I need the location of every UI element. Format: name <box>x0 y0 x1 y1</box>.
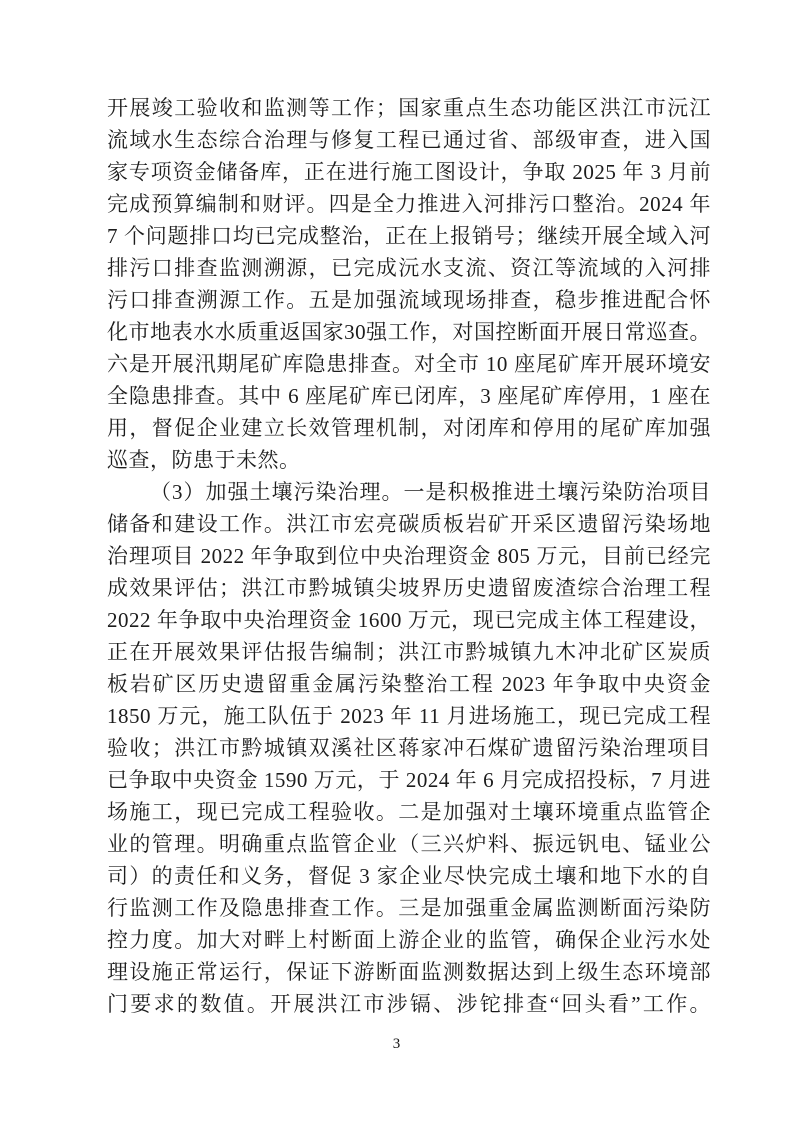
text-line: 家专项资金储备库，正在进行施工图设计，争取 2025 年 3 月前 <box>107 156 711 188</box>
text-line: 开展竣工验收和监测等工作；国家重点生态功能区洪江市沅江 <box>107 92 711 124</box>
text-line: 板岩矿区历史遗留重金属污染整治工程 2023 年争取中央资金 <box>107 668 711 700</box>
text-line: 排污口排查监测溯源，已完成沅水支流、资江等流域的入河排 <box>107 252 711 284</box>
text-line: 业的管理。明确重点监管企业（三兴炉料、振远钒电、锰业公 <box>107 828 711 860</box>
text-line: 正在开展效果评估报告编制；洪江市黔城镇九木冲北矿区炭质 <box>107 636 711 668</box>
text-line: 司）的责任和义务，督促 3 家企业尽快完成土壤和地下水的自 <box>107 860 711 892</box>
text-line: 验收；洪江市黔城镇双溪社区蒋家冲石煤矿遗留污染治理项目 <box>107 732 711 764</box>
text-line: 储备和建设工作。洪江市宏亮碳质板岩矿开采区遗留污染场地 <box>107 508 711 540</box>
text-line: 行监测工作及隐患排查工作。三是加强重金属监测断面污染防 <box>107 892 711 924</box>
text-line: 污口排查溯源工作。五是加强流域现场排查，稳步推进配合怀 <box>107 284 711 316</box>
text-line: 巡查，防患于未然。 <box>107 444 711 476</box>
page-number: 3 <box>0 1034 793 1054</box>
text-line: 门要求的数值。开展洪江市涉镉、涉铊排查“回头看”工作。 <box>107 988 711 1020</box>
text-line: 2022 年争取中央治理资金 1600 万元，现已完成主体工程建设， <box>107 604 711 636</box>
text-line: 场施工，现已完成工程验收。二是加强对土壤环境重点监管企 <box>107 796 711 828</box>
text-line: 六是开展汛期尾矿库隐患排查。对全市 10 座尾矿库开展环境安 <box>107 348 711 380</box>
text-line: 7 个问题排口均已完成整治，正在上报销号；继续开展全域入河 <box>107 220 711 252</box>
text-line: 全隐患排查。其中 6 座尾矿库已闭库，3 座尾矿库停用，1 座在 <box>107 380 711 412</box>
text-line: 理设施正常运行，保证下游断面监测数据达到上级生态环境部 <box>107 956 711 988</box>
text-line: 1850 万元，施工队伍于 2023 年 11 月进场施工，现已完成工程 <box>107 700 711 732</box>
text-line-paragraph-start: （3）加强土壤污染治理。一是积极推进土壤污染防治项目 <box>107 476 711 508</box>
document-page: 开展竣工验收和监测等工作；国家重点生态功能区洪江市沅江 流域水生态综合治理与修复… <box>0 0 793 1122</box>
text-line: 成效果评估；洪江市黔城镇尖坡界历史遗留废渣综合治理工程 <box>107 572 711 604</box>
text-line: 用，督促企业建立长效管理机制，对闭库和停用的尾矿库加强 <box>107 412 711 444</box>
text-line: 完成预算编制和财评。四是全力推进入河排污口整治。2024 年 <box>107 188 711 220</box>
text-line: 控力度。加大对畔上村断面上游企业的监管，确保企业污水处 <box>107 924 711 956</box>
text-line: 已争取中央资金 1590 万元，于 2024 年 6 月完成招投标，7 月进 <box>107 764 711 796</box>
text-line: 化市地表水水质重返国家30强工作，对国控断面开展日常巡查。 <box>107 316 711 348</box>
text-body: 开展竣工验收和监测等工作；国家重点生态功能区洪江市沅江 流域水生态综合治理与修复… <box>107 92 711 1020</box>
text-line: 流域水生态综合治理与修复工程已通过省、部级审查，进入国 <box>107 124 711 156</box>
text-line: 治理项目 2022 年争取到位中央治理资金 805 万元，目前已经完 <box>107 540 711 572</box>
